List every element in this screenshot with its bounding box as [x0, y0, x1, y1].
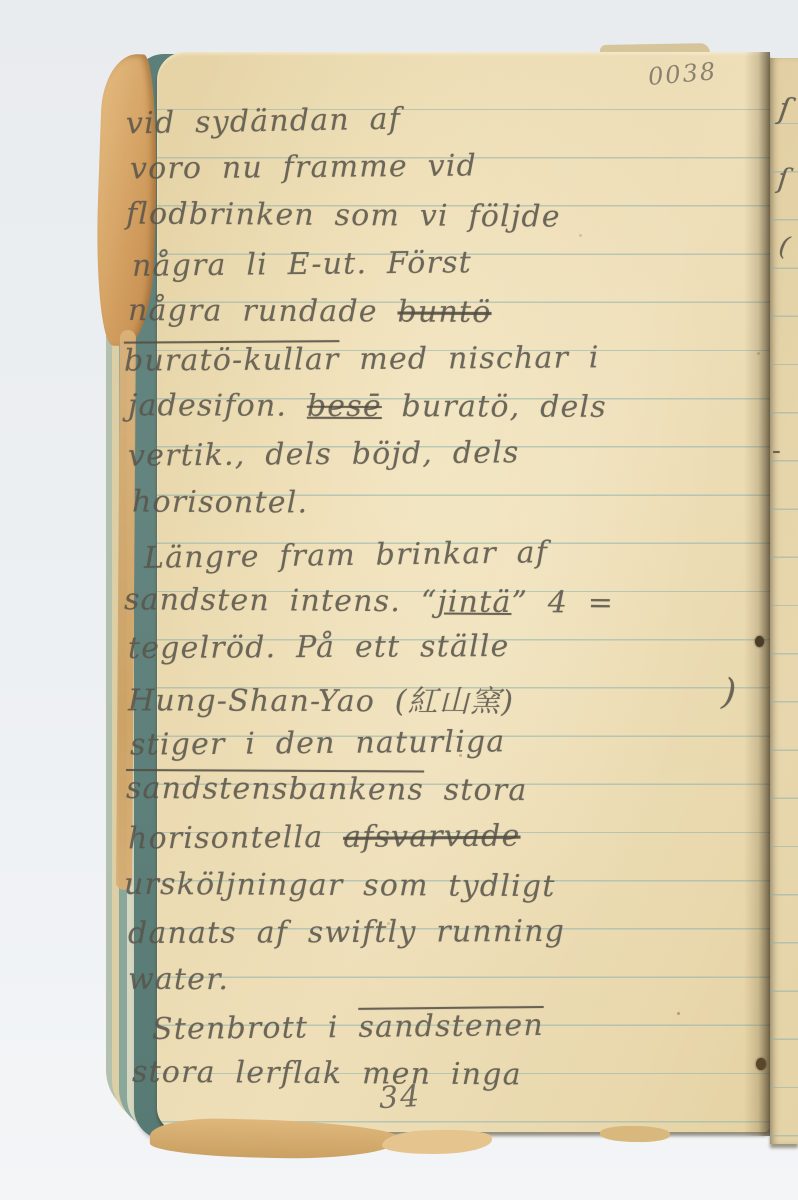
handwriting-line: flodbrinken som vi följde	[126, 196, 561, 234]
handwriting-line: sandstensbankens stora	[126, 771, 528, 808]
handwriting-mark: ſ	[777, 91, 794, 127]
handwriting-line: jadesifon. besē buratö, dels	[128, 388, 607, 425]
handwriting-line: horisontel.	[132, 485, 308, 521]
photo-scene: 0038 34 vid sydändan afvoro nu framme vi…	[0, 0, 798, 1200]
handwriting-mark: )	[721, 672, 739, 714]
handwriting-mark: -	[772, 436, 782, 466]
handwriting-line: Hung-Shan-Yao (紅山窯)	[128, 675, 514, 720]
handwriting-mark: ſ	[776, 161, 791, 195]
handwriting-line: buratö-kullar med nischar i	[124, 340, 600, 378]
handwriting-line: tegelröd. På ett ställe	[128, 629, 510, 666]
handwriting-line: voro nu framme vid	[130, 148, 477, 186]
handwriting-line: stora lerflak men inga	[132, 1055, 522, 1093]
handwriting-line: water.	[128, 962, 229, 997]
handwriting-line: stiger i den naturliga	[130, 724, 506, 762]
handwriting-layer: vid sydändan afvoro nu framme vidflodbri…	[0, 0, 798, 1200]
handwriting-line: vid sydändan af	[126, 102, 402, 142]
handwriting-line: Längre fram brinkar af	[144, 535, 549, 576]
handwriting-line: sandsten intens. “jintä” 4 =	[124, 582, 614, 620]
handwriting-line: Stenbrott i sandstenen	[152, 1008, 544, 1047]
handwriting-line: ursköljningar som tydligt	[124, 867, 556, 904]
handwriting-line: några rundade buntö	[128, 293, 492, 330]
handwriting-line: horisontella afsvarvade	[128, 819, 521, 857]
handwriting-line: vertik., dels böjd, dels	[128, 435, 520, 473]
handwriting-line: danats af swiftly running	[128, 914, 565, 951]
handwriting-line: några li E-ut. Först	[132, 245, 472, 284]
handwriting-mark: (	[776, 231, 792, 263]
